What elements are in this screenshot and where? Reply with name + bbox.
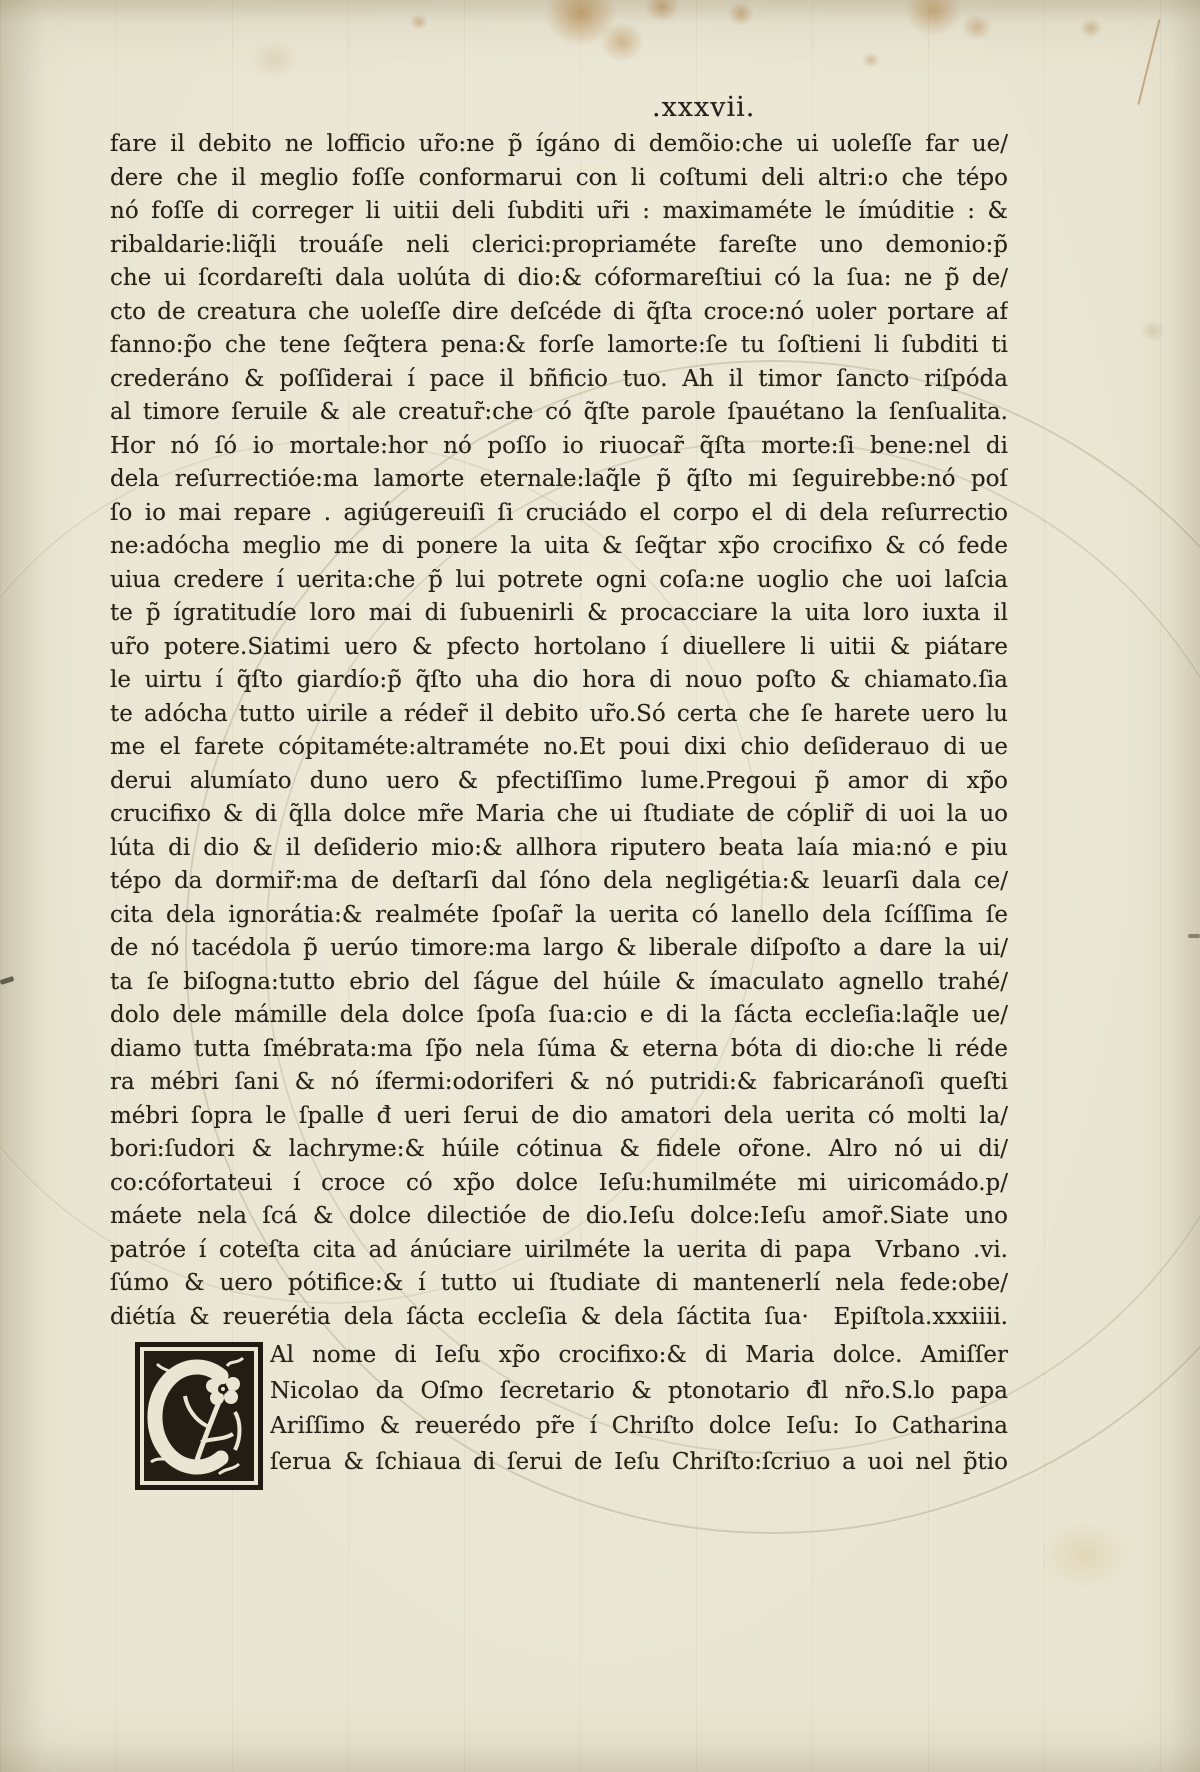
text-line: co:cófortateui í croce có xp̃o dolce … [110,1167,1008,1201]
text-line: nó foſſe di correger li uitii deli ſubd… [110,195,1008,229]
text-line: Al nome di Ieſu xp̃o crocifixo:& di Mari… [270,1338,1008,1374]
text-line: me el farete cópitaméte:altraméte no.… [110,731,1008,765]
foxing-stain [962,14,992,40]
foxing-stain [410,14,428,30]
text-line: bori:ſudori & lachryme:& húile cótinua… [110,1133,1008,1167]
text-line: ſerua & ſchiaua di ſerui de Ieſu Chriſto… [270,1445,1008,1481]
foxing-stain [862,52,880,68]
text-line: le uirtu í q̃ſto giardío:p̃ q̃ſto uha … [110,664,1008,698]
margin-edge-mark [1188,934,1200,938]
foxing-stain [1140,320,1166,342]
text-line: fanno:p̃o che tene ſeq̃tera pena:& forſe… [110,329,1008,363]
text-line: ne:adócha meglio me di ponere la uita &… [110,530,1008,564]
text-line: che ui ſcordareſti dala uolúta di dio:&… [110,262,1008,296]
text-line: al timore ſeruile & ale creatur̃:che có… [110,396,1008,430]
text-line: te p̃ ígratitudíe loro mai di ſubuenir… [110,597,1008,631]
foxing-stain [645,0,679,22]
folio-number: .xxxvii. [652,92,755,123]
foxing-stain [545,0,617,46]
text-line: máete nela ſcá & dolce dilectióe de d… [110,1200,1008,1234]
foxing-stain [905,0,961,36]
text-line: diamo tutta ſmébrata:ma ſp̃o nela ſúma… [110,1033,1008,1067]
text-line: dela reſurrectióe:ma lamorte eternale:l… [110,463,1008,497]
main-text-block: fare il debito ne lofficio ur̃o:ne p̃ í… [110,128,1008,1334]
text-line: crucifixo & di q̃lla dolce mr̃e Maria ch… [110,798,1008,832]
text-line: dolo dele mámille dela dolce ſpoſa ſua:… [110,999,1008,1033]
text-line: Hor nó ſó io mortale:hor nó poſſo io … [110,430,1008,464]
text-line: cita dela ignorátia:& realméte ſpoſar̃… [110,899,1008,933]
foxing-stain [728,2,754,26]
foxing-stain [600,22,644,62]
text-line: fare il debito ne lofficio ur̃o:ne p̃ í… [110,128,1008,162]
woodcut-initial-C [135,1342,263,1490]
text-line: patróe í coteſta cita ad ánúciare ui… [110,1234,1008,1268]
letter-opening-block: Al nome di Ieſu xp̃o crocifixo:& di Mari… [110,1338,1008,1498]
text-line: te adócha tutto uirile a réder̃ il deb… [110,698,1008,732]
text-line: dere che il meglio foſſe conformarui con… [110,162,1008,196]
text-line: ra mébri ſani & nó ífermi:odoriferi &… [110,1066,1008,1100]
text-line: ſúmo & uero pótifice:& í tutto ui ſtu… [110,1267,1008,1301]
foxing-stain [1080,18,1102,38]
scanned-book-page: .xxxvii. fare il debito ne lofficio ur̃o… [0,0,1200,1772]
text-line: lúta di dio & il deſiderio mio:& allhor… [110,832,1008,866]
text-line: cto de creatura che uoleſſe dire deſcéd… [110,296,1008,330]
text-line: Ariſſimo & reuerédo pr̃e í Chriſto dol… [270,1409,1008,1445]
text-line: ur̃o potere.Siatimi uero & pfecto hortol… [110,631,1008,665]
foxing-stain [250,40,300,80]
text-line: derui alumíato duno uero & pfectiſſimo … [110,765,1008,799]
text-line: diétía & reuerétia dela ſácta eccleſ… [110,1301,1008,1335]
text-line: Nicolao da Oſmo ſecretario & ptonotario … [270,1374,1008,1410]
fiber-mark [1137,19,1160,105]
text-line: ta ſe biſogna:tutto ebrio del ſágue del… [110,966,1008,1000]
text-line: uiua credere í uerita:che p̃ lui potret… [110,564,1008,598]
letter-text-block: Al nome di Ieſu xp̃o crocifixo:& di Mari… [270,1338,1008,1480]
foxing-stain [1040,1520,1130,1590]
text-line: ribaldarie:liq̃li trouáſe neli clerici:… [110,229,1008,263]
margin-pen-mark [0,976,14,985]
text-line: crederáno & poſſiderai í pace il bñfi… [110,363,1008,397]
woodcut-initial-C-graphic [135,1342,263,1490]
text-line: de nó tacédola p̃ uerúo timore:ma lar… [110,932,1008,966]
text-line: ſo io mai repare . agiúgereuiſi ſi cruc… [110,497,1008,531]
text-line: tépo da dormir̃:ma de deſtarſi dal ſón… [110,865,1008,899]
text-line: mébri ſopra le ſpalle đ ueri ſerui de d… [110,1100,1008,1134]
